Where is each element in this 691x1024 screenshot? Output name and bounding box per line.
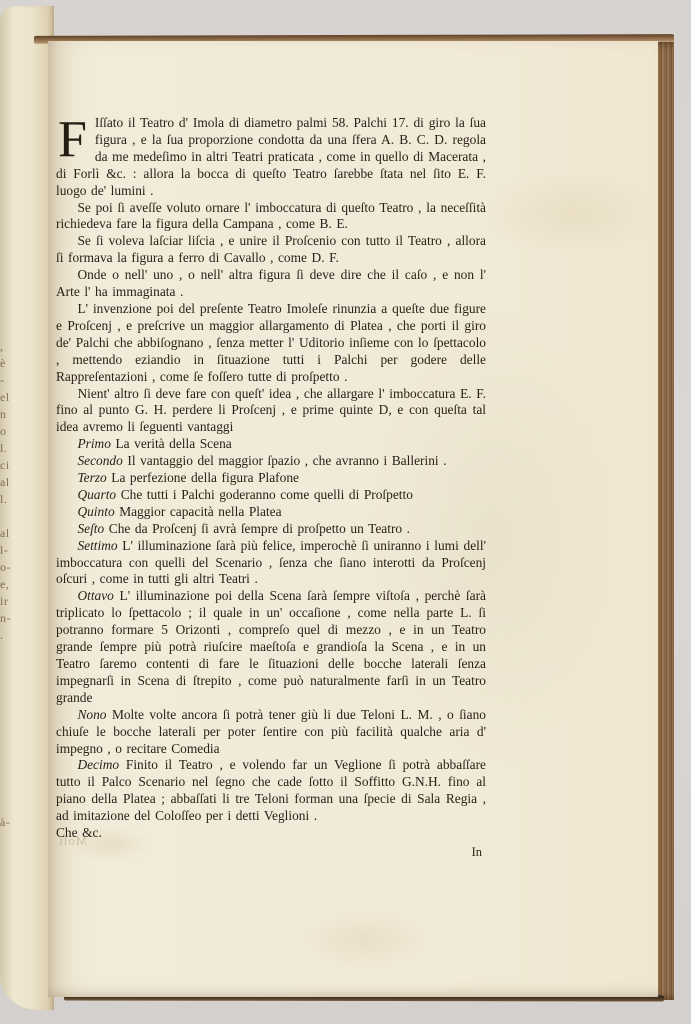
paragraph: L' invenzione poi del preſente Teatro Im…	[56, 301, 486, 386]
list-item-lead: Settimo	[77, 538, 122, 553]
list-item: Nono Molte volte ancora ſi potrà tener g…	[56, 707, 486, 758]
edge-text-fragment	[0, 712, 15, 729]
list-item-lead: Nono	[77, 707, 112, 722]
edge-text-fragment: ,	[0, 338, 15, 355]
edge-text-fragment: al	[0, 525, 15, 542]
edge-text-fragment: l.	[0, 440, 15, 457]
ink-show-through: Molt	[58, 833, 87, 849]
edge-text-fragment: è	[0, 355, 15, 372]
list-item: Quarto Che tutti i Palchi goderanno come…	[56, 487, 486, 504]
list-item-lead: Seſto	[77, 521, 108, 536]
book-cover-edge	[656, 42, 674, 1000]
photo-backdrop: { "book": { "page_kind": "printed-book-p…	[0, 0, 691, 1024]
edge-text-fragment: n	[0, 406, 15, 423]
edge-text-fragment	[0, 746, 15, 763]
catchword: In	[56, 844, 486, 861]
paragraph: Che &c.	[56, 825, 486, 842]
edge-text-fragment: l.	[0, 491, 15, 508]
edge-text-fragment: ci	[0, 457, 15, 474]
paragraph: Se poi ſi aveſſe voluto ornare l' imbocc…	[56, 200, 486, 234]
paragraph: Nient' altro ſi deve fare con queſt' ide…	[56, 386, 486, 437]
paragraph: FIſſato il Teatro d' Imola di diametro p…	[56, 115, 486, 200]
list-item-lead: Secondo	[77, 453, 127, 468]
edge-text-fragment: ir	[0, 593, 15, 610]
list-item-lead: Primo	[77, 436, 115, 451]
list-item: Quinto Maggior capacità nella Platea	[56, 504, 486, 521]
book-page: FIſſato il Teatro d' Imola di diametro p…	[48, 41, 658, 997]
list-item: Settimo L' illuminazione ſarà più felice…	[56, 538, 486, 589]
edge-text-fragment: à-	[0, 814, 15, 831]
paragraph: Se ſi voleva laſciar liſcia , e unire il…	[56, 233, 486, 267]
edge-text-fragment	[0, 780, 15, 797]
edge-text-fragment: e,	[0, 576, 15, 593]
list-item: Secondo Il vantaggio del maggior ſpazio …	[56, 453, 486, 470]
edge-text-fragment	[0, 678, 15, 695]
edge-text-fragment	[0, 661, 15, 678]
edge-text-fragment: n-	[0, 610, 15, 627]
list-item-lead: Quarto	[77, 487, 120, 502]
edge-text-fragment: el	[0, 389, 15, 406]
edge-text-fragment: al	[0, 474, 15, 491]
paragraph: Onde o nell' uno , o nell' altra figura …	[56, 267, 486, 301]
edge-text-fragment: l-	[0, 542, 15, 559]
list-item: Terzo La perfezione della figura Plafone	[56, 470, 486, 487]
list-item-lead: Terzo	[77, 470, 111, 485]
drop-cap-initial: F	[56, 115, 95, 162]
edge-text-fragment: o	[0, 423, 15, 440]
previous-page-curled-edge: ,è-elnol.ciall.all-o-e,irn-.à-	[0, 6, 54, 1010]
edge-text-fragment	[0, 797, 15, 814]
edge-text-fragment	[0, 644, 15, 661]
edge-text-fragment	[0, 508, 15, 525]
edge-text-fragment: .	[0, 627, 15, 644]
list-item: Ottavo L' illuminazione poi della Scena …	[56, 588, 486, 706]
list-item: Seſto Che da Proſcenj ſi avrà ſempre di …	[56, 521, 486, 538]
list-item-lead: Ottavo	[77, 588, 119, 603]
list-item-lead: Quinto	[77, 504, 119, 519]
list-item-lead: Decimo	[77, 757, 125, 772]
list-item: Primo La verità della Scena	[56, 436, 486, 453]
list-item: Decimo Finito il Teatro , e volendo far …	[56, 757, 486, 825]
text-block: FIſſato il Teatro d' Imola di diametro p…	[56, 115, 486, 861]
edge-text-fragment	[0, 695, 15, 712]
edge-text-fragment: o-	[0, 559, 15, 576]
edge-text-fragment	[0, 729, 15, 746]
edge-text-fragment	[0, 763, 15, 780]
edge-text-fragment: -	[0, 372, 15, 389]
edge-fragments: ,è-elnol.ciall.all-o-e,irn-.à-	[0, 338, 15, 831]
